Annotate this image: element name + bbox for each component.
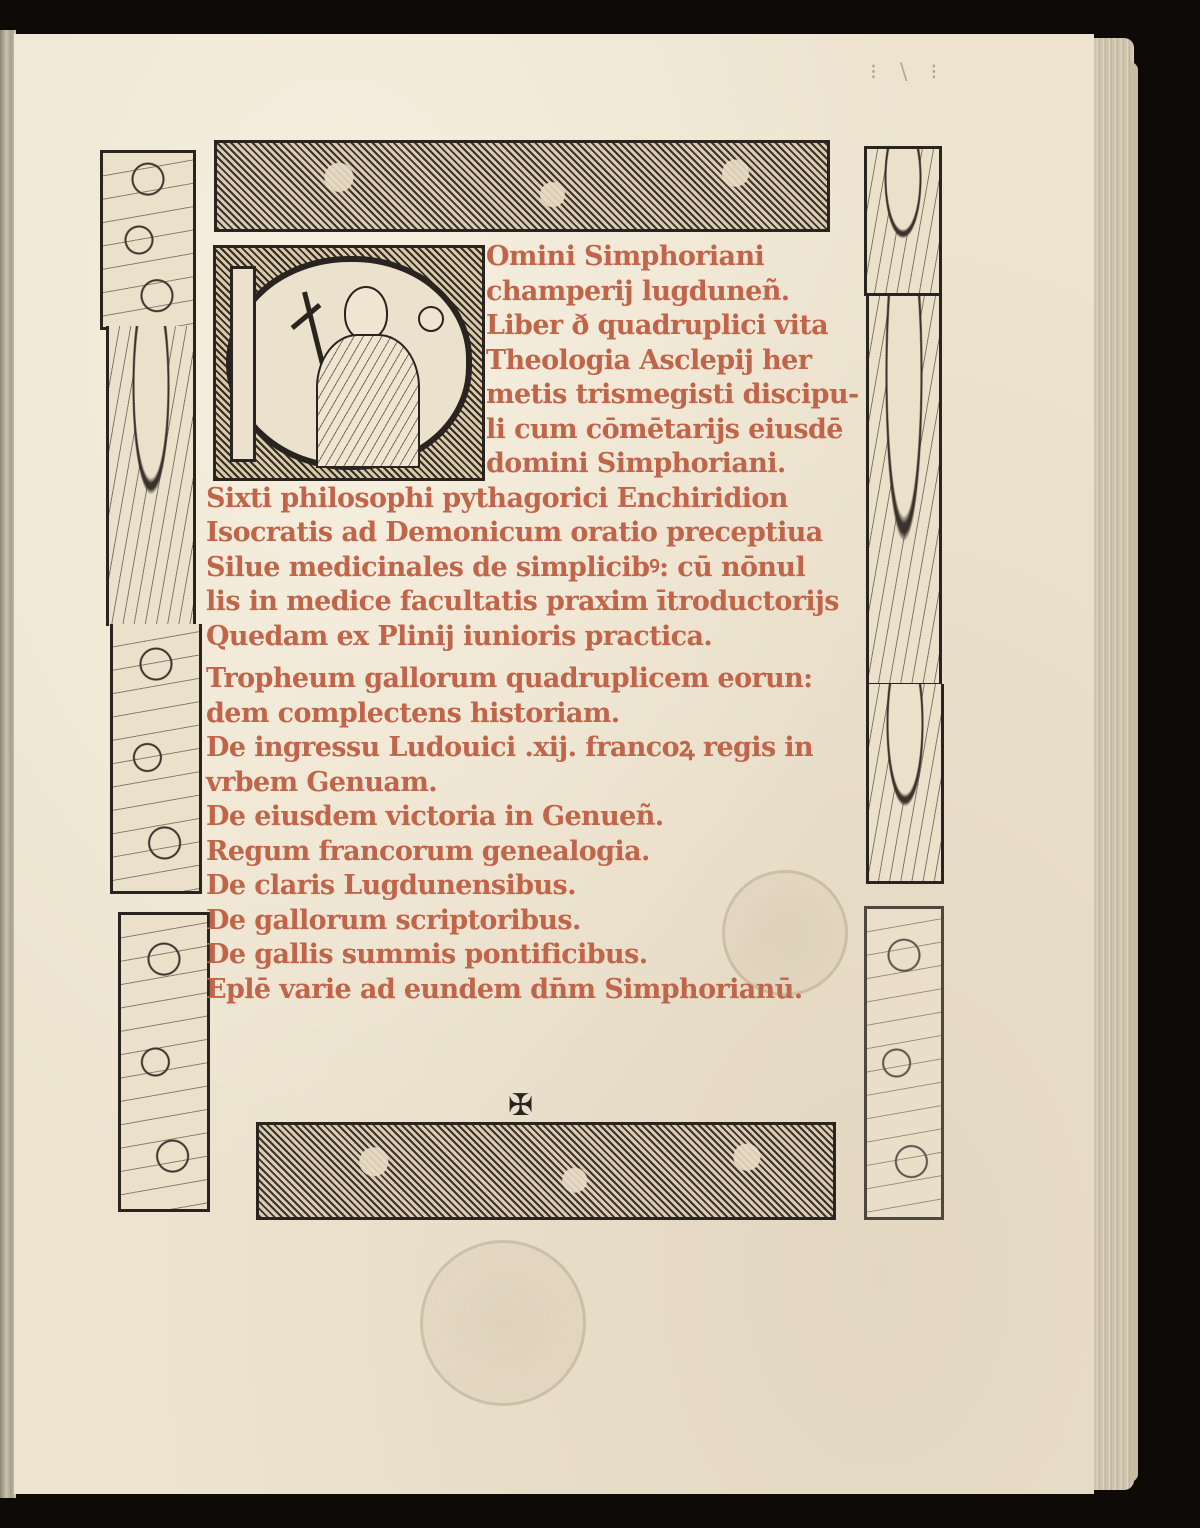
- corner-ink-marks: ⁝ \ ⁝: [870, 60, 945, 85]
- top-border-woodcut: [214, 140, 830, 232]
- section-line: vrbem Genuam.: [206, 766, 856, 801]
- title-line: champerij lugduneñ.: [206, 275, 856, 310]
- section-line: Regum francorum genealogia.: [206, 835, 856, 870]
- section-line: De eiusdem victoria in Genueñ.: [206, 800, 856, 835]
- title-line: domini Simphoriani.: [206, 447, 856, 482]
- title-line: li cum cōmētarijs eiusdē: [206, 413, 856, 448]
- cross-pattee-ornament: ✠: [508, 1088, 533, 1123]
- title-line: Theologia Asclepij her: [206, 344, 856, 379]
- right-border-floral: [864, 906, 944, 1220]
- right-border-woman-top: [864, 146, 942, 296]
- section-line: dem complectens historiam.: [206, 697, 856, 732]
- title-line: Omini Simphoriani: [206, 240, 856, 275]
- left-border-floral-bird: [110, 624, 202, 894]
- page-fore-edge-outer: [1130, 62, 1138, 1482]
- right-border-woman-bust: [866, 684, 944, 884]
- library-stamp: [420, 1240, 586, 1406]
- left-border-floral-bottom: [118, 912, 210, 1212]
- section-line: De ingressu Ludouici .xij. francoꝝ regis…: [206, 731, 856, 766]
- contents-line: lis in medice facultatis praxim ītroduct…: [206, 585, 856, 620]
- title-line: Liber ð quadruplici vita: [206, 309, 856, 344]
- left-border-floral-top: [100, 150, 196, 330]
- title-line: metis trismegisti discipu-: [206, 378, 856, 413]
- library-stamp-faint: [722, 870, 848, 996]
- contents-line: Isocratis ad Demonicum oratio preceptiua: [206, 516, 856, 551]
- section-line: Tropheum gallorum quadruplicem eorun:: [206, 662, 856, 697]
- page-fore-edge: [1090, 38, 1134, 1490]
- contents-line: Quedam ex Plinij iunioris practica.: [206, 620, 856, 655]
- contents-line: Silue medicinales de simplicibꝰ: cū nōnu…: [206, 551, 856, 586]
- contents-line: Sixti philosophi pythagorici Enchiridion: [206, 482, 856, 517]
- right-border-woman-doorway: [866, 296, 942, 686]
- bottom-border-woodcut: [256, 1122, 836, 1220]
- left-border-woman-figure: [106, 326, 196, 626]
